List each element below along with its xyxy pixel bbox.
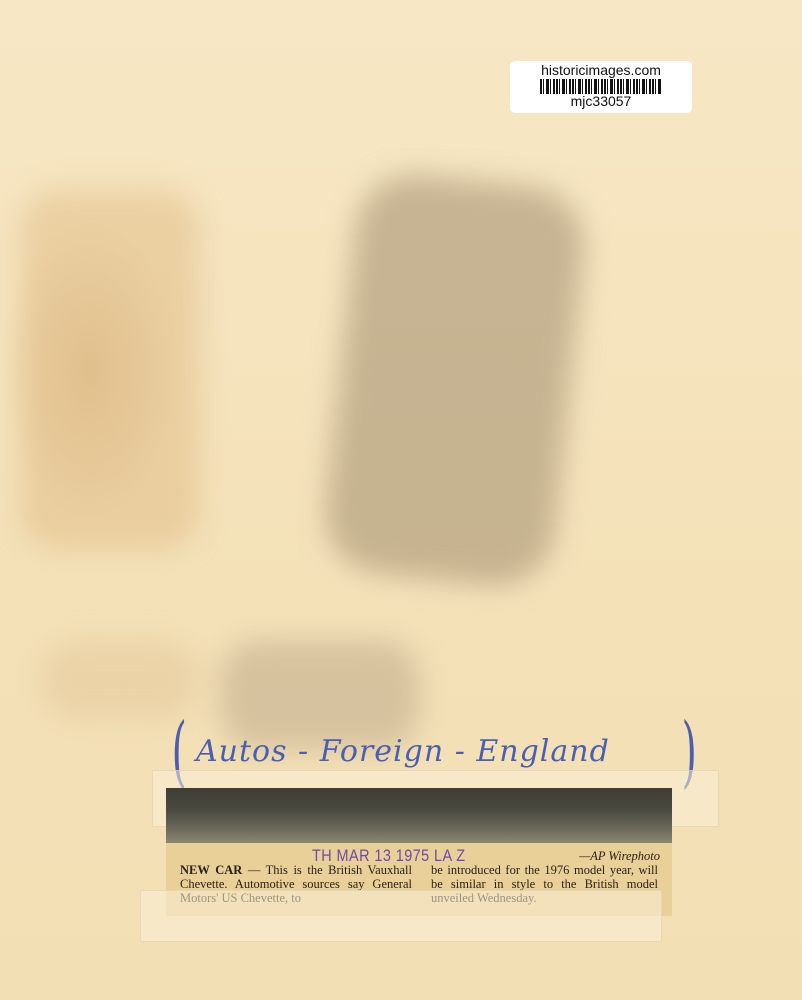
stain (320, 169, 591, 591)
tape (140, 890, 662, 942)
barcode-icon (540, 79, 662, 94)
caption-headline: NEW CAR (180, 863, 242, 877)
archive-label: historicimages.com mjc33057 (510, 61, 692, 113)
label-site: historicimages.com (510, 63, 692, 78)
photo-credit: —AP Wirephoto (579, 849, 660, 864)
stain (20, 190, 200, 550)
handwritten-text: Autos - Foreign - England (196, 734, 610, 769)
photo-strip (166, 788, 672, 843)
label-code: mjc33057 (510, 94, 692, 109)
